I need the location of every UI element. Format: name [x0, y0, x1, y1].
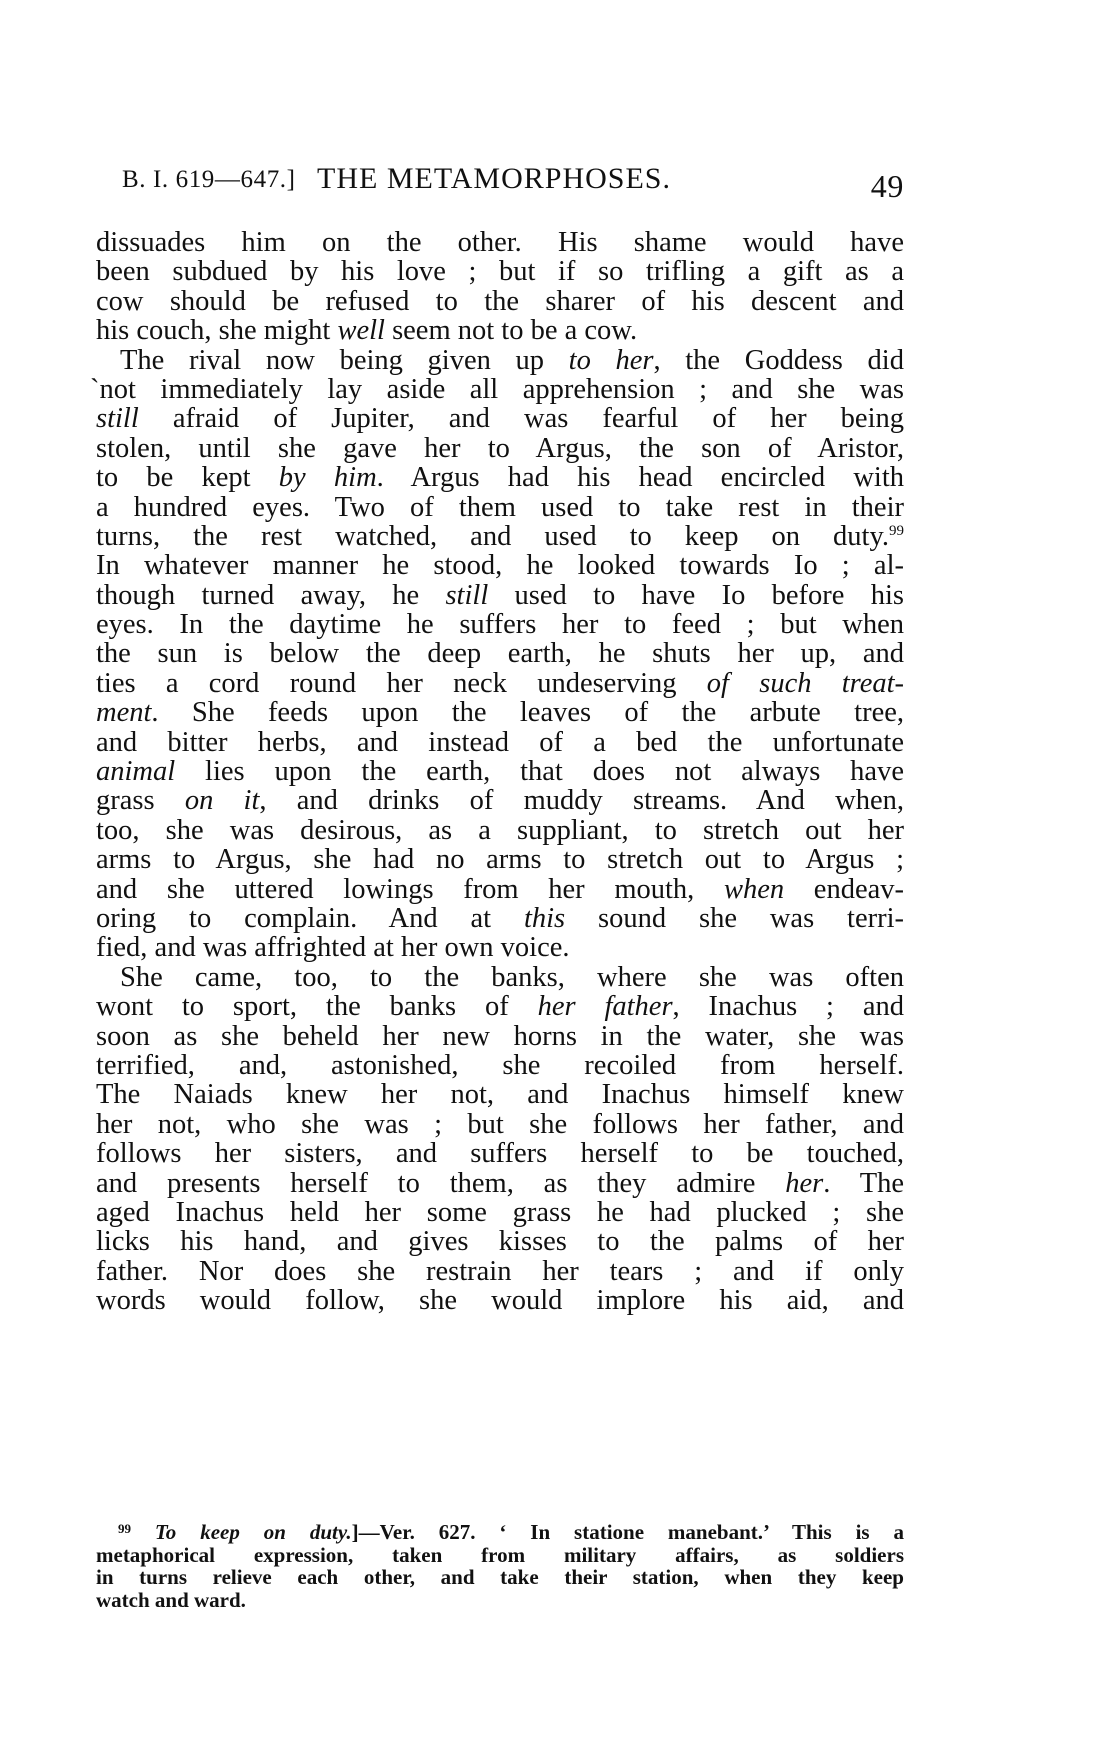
text-run: In whatever manner he stood, he looked t…: [96, 550, 904, 581]
text-run: . The: [823, 1168, 904, 1199]
running-header: B. I. 619—647.] THE METAMORPHOSES. 49: [122, 162, 904, 206]
body-line: wont to sport, the banks of her father, …: [96, 992, 904, 1021]
text-run: dissuades him on the other. His shame wo…: [96, 227, 904, 258]
text-run: ties a cord round her neck undeserving: [96, 668, 707, 699]
body-line: aged Inachus held her some grass he had …: [96, 1198, 904, 1227]
text-run: stolen, until she gave her to Argus, the…: [96, 433, 904, 464]
book-line-reference: B. I. 619—647.]: [122, 166, 296, 194]
text-run: terrified, and, astonished, she recoiled…: [96, 1050, 904, 1081]
text-run: eyes. In the daytime he suffers her to f…: [96, 609, 904, 640]
text-run: . Argus had his head encircled with: [377, 462, 904, 493]
text-run: fied, and was affrighted at her own voic…: [96, 932, 570, 963]
italic-text: her father: [538, 991, 673, 1022]
body-line: eyes. In the daytime he suffers her to f…: [96, 610, 904, 639]
text-run: turns, the rest watched, and used to kee…: [96, 521, 889, 552]
footnote-marker: 99: [118, 1521, 131, 1536]
text-run: aged Inachus held her some grass he had …: [96, 1197, 904, 1228]
body-line: dissuades him on the other. His shame wo…: [96, 228, 904, 257]
text-run: seem not to be a cow.: [385, 315, 637, 346]
italic-text: of such treat-: [707, 668, 904, 699]
italic-text: still: [445, 580, 488, 611]
body-line: animal lies upon the earth, that does no…: [96, 757, 904, 786]
italic-text: To keep on duty.: [155, 1520, 352, 1544]
text-run: , and drinks of muddy streams. And when,: [259, 785, 904, 816]
footnote: 99 To keep on duty.]—Ver. 627. ‘ In stat…: [96, 1521, 904, 1611]
text-run: soon as she beheld her new horns in the …: [96, 1021, 904, 1052]
text-run: . She feeds upon the leaves of the arbut…: [151, 697, 904, 728]
body-line: the sun is below the deep earth, he shut…: [96, 639, 904, 668]
italic-text: this: [524, 903, 565, 934]
italic-text: ment: [96, 697, 151, 728]
running-title: THE METAMORPHOSES.: [317, 162, 671, 196]
text-run: and presents herself to them, as they ad…: [96, 1168, 785, 1199]
body-line: a hundred eyes. Two of them used to take…: [96, 493, 904, 522]
body-line: father. Nor does she restrain her tears …: [96, 1257, 904, 1286]
text-run: wont to sport, the banks of: [96, 991, 538, 1022]
text-run: arms to Argus, she had no arms to stretc…: [96, 844, 904, 875]
text-run: and she uttered lowings from her mouth,: [96, 874, 724, 905]
body-line: too, she was desirous, as a suppliant, t…: [96, 816, 904, 845]
body-line: been subdued by his love ; but if so tri…: [96, 257, 904, 286]
italic-text: animal: [96, 756, 175, 787]
text-run: a hundred eyes. Two of them used to take…: [96, 492, 904, 523]
text-run: though turned away, he: [96, 580, 445, 611]
text-run: afraid of Jupiter, and was fearful of he…: [139, 403, 904, 434]
body-line: The rival now being given up to her, the…: [96, 346, 904, 375]
text-run: and bitter herbs, and instead of a bed t…: [96, 727, 904, 758]
text-run: [131, 1520, 155, 1544]
text-run: been subdued by his love ; but if so tri…: [96, 256, 904, 287]
body-line: `not immediately lay aside all apprehens…: [90, 375, 904, 404]
italic-text: well: [337, 315, 385, 346]
body-line: fied, and was affrighted at her own voic…: [96, 933, 904, 962]
body-line: though turned away, he still used to hav…: [96, 581, 904, 610]
body-line: licks his hand, and gives kisses to the …: [96, 1227, 904, 1256]
footnote-marker: 99: [889, 523, 904, 539]
body-line: turns, the rest watched, and used to kee…: [96, 522, 904, 551]
text-run: the sun is below the deep earth, he shut…: [96, 638, 904, 669]
body-line: grass on it, and drinks of muddy streams…: [96, 786, 904, 815]
footnote-line: 99 To keep on duty.]—Ver. 627. ‘ In stat…: [96, 1521, 904, 1544]
italic-text: her: [785, 1168, 823, 1199]
text-run: , Inachus ; and: [673, 991, 904, 1022]
body-line: and presents herself to them, as they ad…: [96, 1169, 904, 1198]
text-run: lies upon the earth, that does not alway…: [175, 756, 904, 787]
body-line: soon as she beheld her new horns in the …: [96, 1022, 904, 1051]
text-run: licks his hand, and gives kisses to the …: [96, 1226, 904, 1257]
italic-text: to her: [569, 345, 654, 376]
text-run: her not, who she was ; but she follows h…: [96, 1109, 904, 1140]
text-run: grass: [96, 785, 185, 816]
text-run: follows her sisters, and suffers herself…: [96, 1138, 904, 1169]
body-line: ment. She feeds upon the leaves of the a…: [96, 698, 904, 727]
body-line: his couch, she might well seem not to be…: [96, 316, 904, 345]
main-text: dissuades him on the other. His shame wo…: [96, 228, 904, 1315]
body-line: her not, who she was ; but she follows h…: [96, 1110, 904, 1139]
footnote-line: in turns relieve each other, and take th…: [96, 1566, 904, 1589]
text-run: words would follow, she would implore hi…: [96, 1285, 904, 1316]
text-run: The rival now being given up: [120, 345, 569, 376]
text-run: used to have Io before his: [488, 580, 904, 611]
text-run: too, she was desirous, as a suppliant, t…: [96, 815, 904, 846]
text-run: , the Goddess did: [653, 345, 903, 376]
text-run: in turns relieve each other, and take th…: [96, 1565, 904, 1589]
text-run: oring to complain. And at: [96, 903, 524, 934]
text-run: `not immediately lay aside all apprehens…: [90, 374, 904, 405]
text-run: endeav-: [784, 874, 904, 905]
body-line: cow should be refused to the sharer of h…: [96, 287, 904, 316]
body-line: oring to complain. And at this sound she…: [96, 904, 904, 933]
italic-text: on it: [185, 785, 260, 816]
text-run: ]—Ver. 627. ‘ In statione manebant.’ Thi…: [352, 1520, 904, 1544]
text-run: his couch, she might: [96, 315, 337, 346]
body-line: stolen, until she gave her to Argus, the…: [96, 434, 904, 463]
body-line: follows her sisters, and suffers herself…: [96, 1139, 904, 1168]
text-run: The Naiads knew her not, and Inachus him…: [96, 1079, 904, 1110]
body-line: She came, too, to the banks, where she w…: [96, 963, 904, 992]
text-run: father. Nor does she restrain her tears …: [96, 1256, 904, 1287]
body-line: arms to Argus, she had no arms to stretc…: [96, 845, 904, 874]
body-line: In whatever manner he stood, he looked t…: [96, 551, 904, 580]
italic-text: by him: [279, 462, 377, 493]
text-run: watch and ward.: [96, 1588, 246, 1612]
footnote-line: watch and ward.: [96, 1589, 904, 1612]
text-run: metaphorical expression, taken from mili…: [96, 1543, 904, 1567]
footnote-line: metaphorical expression, taken from mili…: [96, 1544, 904, 1567]
body-line: and bitter herbs, and instead of a bed t…: [96, 728, 904, 757]
body-line: ties a cord round her neck undeserving o…: [96, 669, 904, 698]
body-line: The Naiads knew her not, and Inachus him…: [96, 1080, 904, 1109]
text-run: to be kept: [96, 462, 279, 493]
italic-text: when: [724, 874, 784, 905]
body-line: words would follow, she would implore hi…: [96, 1286, 904, 1315]
text-run: sound she was terri-: [565, 903, 904, 934]
page-number: 49: [871, 168, 904, 205]
italic-text: still: [96, 403, 139, 434]
text-run: cow should be refused to the sharer of h…: [96, 286, 904, 317]
body-line: terrified, and, astonished, she recoiled…: [96, 1051, 904, 1080]
body-line: and she uttered lowings from her mouth, …: [96, 875, 904, 904]
text-run: She came, too, to the banks, where she w…: [120, 962, 904, 993]
body-line: still afraid of Jupiter, and was fearful…: [96, 404, 904, 433]
body-line: to be kept by him. Argus had his head en…: [96, 463, 904, 492]
